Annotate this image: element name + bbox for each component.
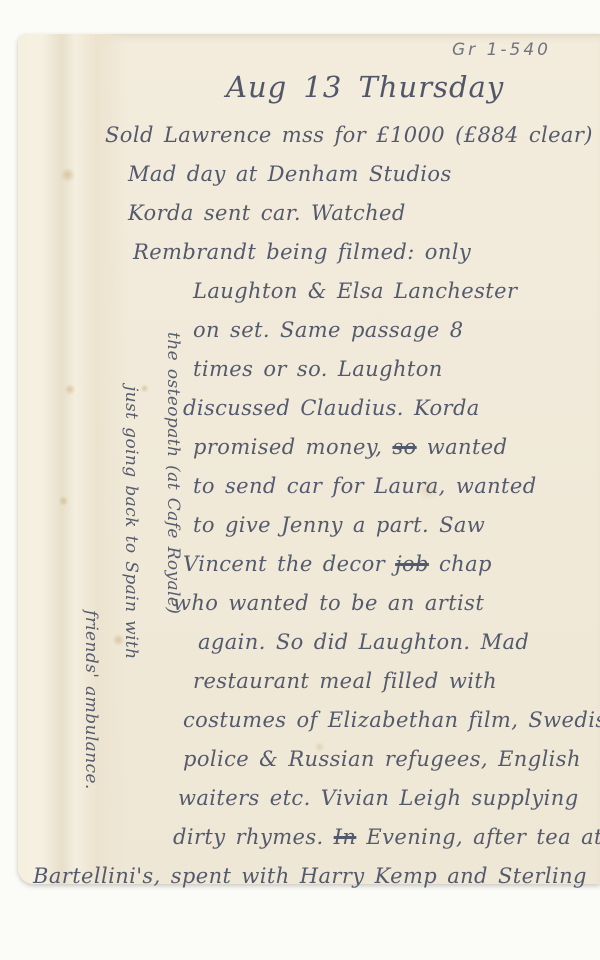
diary-line: Bartellini's, spent with Harry Kemp and …	[33, 857, 600, 896]
catalog-number: Gr 1-540	[452, 40, 551, 60]
diary-text: chap	[429, 552, 492, 576]
diary-text: restaurant meal filled with	[193, 669, 497, 693]
diary-line: costumes of Elizabethan film, Swedish	[183, 701, 600, 740]
diary-line: to send car for Laura, wanted	[193, 467, 600, 506]
diary-text: discussed Claudius. Korda	[183, 396, 480, 420]
diary-line: times or so. Laughton	[193, 350, 600, 389]
diary-text: Bartellini's, spent with Harry Kemp and …	[33, 864, 587, 888]
diary-text: wanted	[417, 435, 508, 459]
diary-line: Laughton & Elsa Lanchester	[193, 272, 600, 311]
diary-line: discussed Claudius. Korda	[183, 389, 600, 428]
diary-text: Mad day at Denham Studios	[128, 162, 452, 186]
diary-text: again. So did Laughton. Mad	[198, 630, 529, 654]
diary-line: who wanted to be an artist	[173, 584, 600, 623]
diary-text: waiters etc. Vivian Leigh supplying	[178, 786, 579, 810]
diary-text: to give Jenny a part. Saw	[193, 513, 485, 537]
struck-word: job	[395, 552, 429, 576]
diary-text: costumes of Elizabethan film, Swedish	[183, 708, 600, 732]
diary-text: Sold Lawrence mss for £1000 (£884 clear)	[105, 123, 593, 147]
diary-lines: Sold Lawrence mss for £1000 (£884 clear)…	[0, 116, 600, 896]
diary-line: Sold Lawrence mss for £1000 (£884 clear)	[105, 116, 600, 155]
diary-text: Laughton & Elsa Lanchester	[193, 279, 517, 303]
diary-text: promised money,	[193, 435, 392, 459]
diary-text: Rembrandt being filmed: only	[133, 240, 471, 264]
diary-line: Rembrandt being filmed: only	[133, 233, 600, 272]
diary-line: Mad day at Denham Studios	[128, 155, 600, 194]
diary-text: on set. Same passage 8	[193, 318, 464, 342]
diary-line: Korda sent car. Watched	[128, 194, 600, 233]
diary-text: to send car for Laura, wanted	[193, 474, 537, 498]
diary-text: who wanted to be an artist	[173, 591, 484, 615]
diary-text: Vincent the decor	[183, 552, 395, 576]
diary-text: police & Russian refugees, English	[183, 747, 581, 771]
diary-line: on set. Same passage 8	[193, 311, 600, 350]
diary-date-heading: Aug 13 Thursday	[226, 70, 504, 104]
diary-line: waiters etc. Vivian Leigh supplying	[178, 779, 600, 818]
diary-line: police & Russian refugees, English	[183, 740, 600, 779]
diary-line: dirty rhymes. In Evening, after tea at,	[173, 818, 600, 857]
struck-word: In	[334, 825, 357, 849]
diary-text: times or so. Laughton	[193, 357, 443, 381]
diary-text: dirty rhymes.	[173, 825, 334, 849]
diary-text: Korda sent car. Watched	[128, 201, 406, 225]
diary-line: Vincent the decor job chap	[183, 545, 600, 584]
diary-line: to give Jenny a part. Saw	[193, 506, 600, 545]
struck-word: so	[392, 435, 416, 459]
diary-line: promised money, so wanted	[193, 428, 600, 467]
diary-line: again. So did Laughton. Mad	[198, 623, 600, 662]
diary-text: Evening, after tea at,	[356, 825, 600, 849]
diary-line: restaurant meal filled with	[193, 662, 600, 701]
